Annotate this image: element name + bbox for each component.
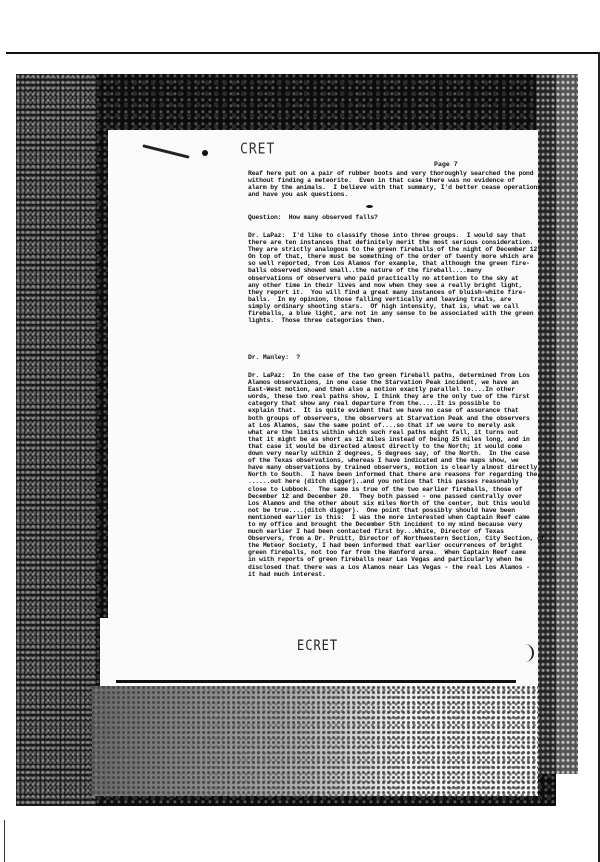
text-line: disclosed that there was a Los Alamos ne… xyxy=(248,564,600,571)
photocopy-noise-left xyxy=(16,74,96,806)
text-line: so well reported, from Los Alamos for ex… xyxy=(248,260,600,267)
text-line: both groups of observers, the observers … xyxy=(248,415,600,422)
page-number: Page 7 xyxy=(434,161,458,168)
scan-left-rule xyxy=(4,820,5,862)
text-line: at Los Alamos, saw the same point of....… xyxy=(248,422,600,429)
manley-line: Dr. Manley: ? xyxy=(248,354,600,361)
text-line: observations of observers who paid pract… xyxy=(248,275,600,282)
ink-dot xyxy=(202,150,208,156)
text-line: Los Alamos and the other about six miles… xyxy=(248,500,600,507)
text-line: and have you ask questions. xyxy=(248,191,600,198)
text-line: Dr. LaPaz: In the case of the two green … xyxy=(248,372,600,379)
text-line: the Meteor Society, I had been informed … xyxy=(248,542,600,549)
text-line: there are ten instances that definitely … xyxy=(248,239,600,246)
text-line: close to Lubbock. The same is true of th… xyxy=(248,486,600,493)
text-line: it had much interest. xyxy=(248,571,600,578)
text-line: fireballs, a blue light, are not in any … xyxy=(248,310,600,317)
text-line: they report it. You will find a great ma… xyxy=(248,289,600,296)
text-line: mentioned earlier is this: I was the mor… xyxy=(248,514,600,521)
paragraph-p2: Dr. LaPaz: I'd like to classify those in… xyxy=(248,232,600,324)
text-line: without finding a meteorite. Even in tha… xyxy=(248,177,600,184)
ink-dot xyxy=(366,205,373,208)
text-line: simply ordinary shooting stars. Of high … xyxy=(248,303,600,310)
classification-stamp-bottom: ECRET xyxy=(297,637,338,654)
text-line: ......out here (ditch digger)..and you n… xyxy=(248,478,600,485)
text-line: balls. In my opinion, those falling vert… xyxy=(248,296,600,303)
page-bottom-edge-line xyxy=(116,680,516,683)
text-line: alarm by the animals. I believe with tha… xyxy=(248,184,600,191)
text-line: Dr. Manley: ? xyxy=(248,354,600,361)
text-line: Dr. LaPaz: I'd like to classify those in… xyxy=(248,232,600,239)
text-line: of the Texas observations, whereas I hav… xyxy=(248,457,600,464)
classification-stamp-top: CRET xyxy=(240,141,275,158)
text-line: category that show any real departure fr… xyxy=(248,400,600,407)
text-line: that it might be as short as 12 miles in… xyxy=(248,436,600,443)
question-line: Question: How many observed falls? xyxy=(248,214,600,221)
text-line: to my office and brought the December 5t… xyxy=(248,521,600,528)
text-line: what are the limits within which such re… xyxy=(248,429,600,436)
text-line: much earlier I had been contacted first … xyxy=(248,528,600,535)
text-line: Observers, from a Dr. Pruitt, Director o… xyxy=(248,535,600,542)
text-line: balls observed showed small..the nature … xyxy=(248,267,600,274)
text-line: that case it would be directed almost di… xyxy=(248,443,600,450)
text-line: words, these two real paths show, I thin… xyxy=(248,393,600,400)
text-line: not be true....(ditch digger). One point… xyxy=(248,507,600,514)
text-line: Alamos observations, in one case the Sta… xyxy=(248,379,600,386)
text-line: Reaf here put on a pair of rubber boots … xyxy=(248,170,600,177)
text-line: On top of that, there must be something … xyxy=(248,253,600,260)
text-line: green fireballs, not too far from the Ha… xyxy=(248,549,600,556)
text-line: any other time in their lives and now wh… xyxy=(248,282,600,289)
text-line: lights. Those three categories then. xyxy=(248,317,600,324)
text-line: have many observations by trained observ… xyxy=(248,464,600,471)
text-line: They are strictly analogous to the green… xyxy=(248,246,600,253)
text-line: Question: How many observed falls? xyxy=(248,214,600,221)
paragraph-p1: Reaf here put on a pair of rubber boots … xyxy=(248,170,600,198)
scan-top-rule xyxy=(6,52,600,54)
paragraph-p3: Dr. LaPaz: In the case of the two green … xyxy=(248,372,600,578)
photocopy-smear-band xyxy=(92,686,538,796)
text-line: in with reports of green fireballs near … xyxy=(248,556,600,563)
text-line: December 12 and December 20. They both p… xyxy=(248,493,600,500)
text-line: North to South. I have been informed tha… xyxy=(248,471,600,478)
text-line: explain that. It is quite evident that w… xyxy=(248,407,600,414)
text-line: East-West motion, and then also a motion… xyxy=(248,386,600,393)
text-line: down very nearly within 2 degrees, 5 deg… xyxy=(248,450,600,457)
